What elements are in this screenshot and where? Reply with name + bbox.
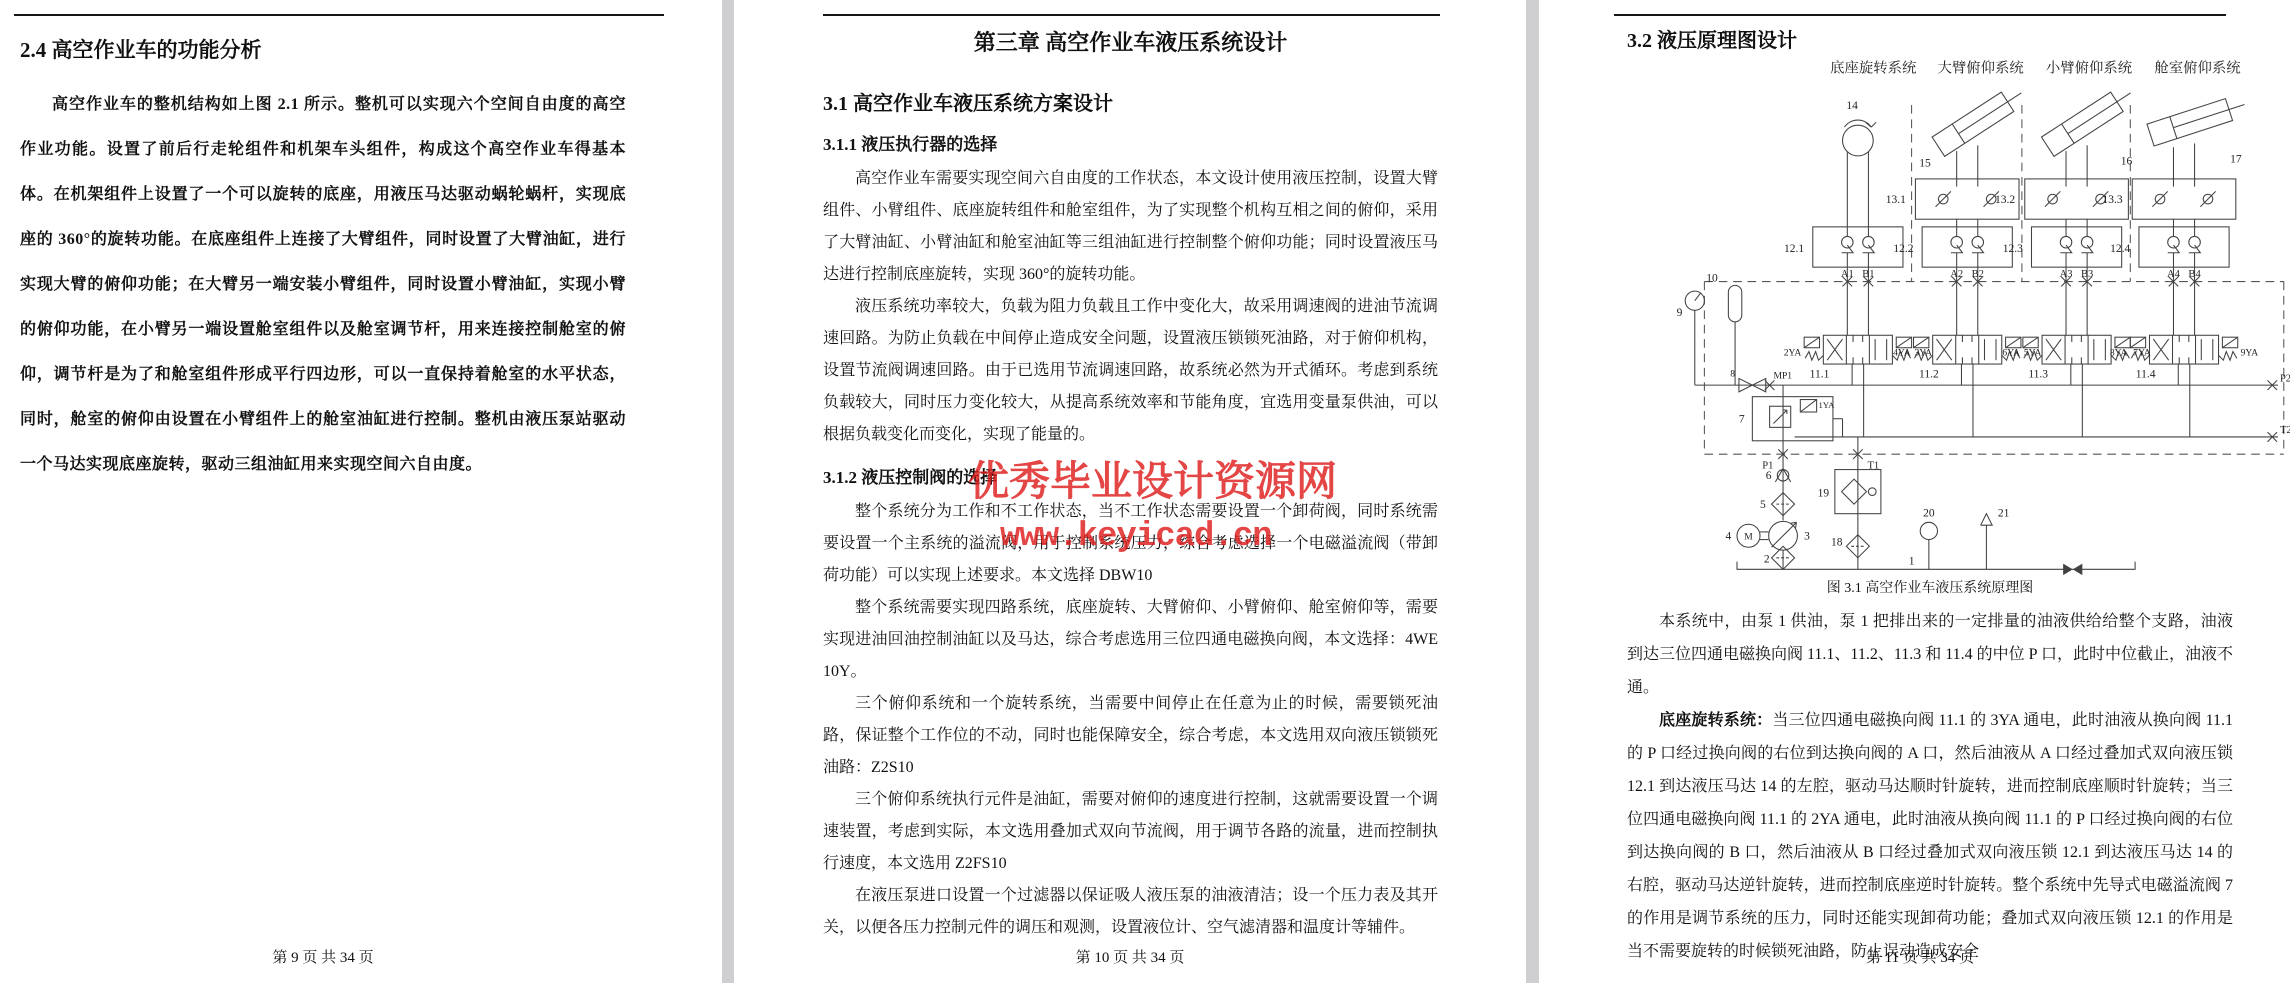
paragraph: 高空作业车的整机结构如上图 2.1 所示。整机可以实现六个空间自由度的高空作业功… — [20, 82, 626, 487]
page-footer: 第 11 页 共 34 页 — [1614, 946, 2226, 967]
diagram-label: 16 — [2121, 156, 2133, 168]
paragraph: 整个系统需要实现四路系统，底座旋转、大臂俯仰、小臂俯仰、舱室俯仰等，需要实现进油… — [823, 592, 1438, 688]
diagram-label: 11.3 — [2028, 368, 2048, 380]
pressure-gauge — [1685, 291, 1704, 385]
diagram-label: A3 — [2060, 269, 2073, 280]
diagram-label: 20 — [1923, 508, 1935, 520]
page-10: 第三章 高空作业车液压系统设计 3.1 高空作业车液压系统方案设计 3.1.1 … — [734, 0, 1526, 983]
paragraph: 在液压泵进口设置一个过滤器以保证吸人液压泵的油液清洁；设一个压力表及其开关，以便… — [823, 880, 1438, 944]
diagram-label: 3YA — [1914, 347, 1932, 358]
diagram-label: 6YA — [2002, 347, 2020, 358]
page-9: 2.4 高空作业车的功能分析 高空作业车的整机结构如上图 2.1 所示。整机可以… — [0, 0, 722, 983]
valve-row — [1804, 267, 2238, 437]
diagram-label: 10 — [1706, 273, 1718, 285]
hydraulic-lock-12-1 — [1813, 227, 1903, 267]
paragraph: 液压系统功率较大，负载为阻力负载且工作中变化大，故采用调速阀的进油节流调速回路。… — [823, 291, 1438, 451]
hydraulic-lock-12-2 — [1922, 227, 2012, 267]
hydraulic-schematic: 底座旋转系统大臂俯仰系统小臂俯仰系统舱室俯仰系统1415161713.113.2… — [1597, 59, 2290, 577]
diagram-label: 11.2 — [1919, 368, 1939, 380]
return-filter-group — [1835, 437, 1881, 569]
diagram-label: A2 — [1950, 269, 1963, 280]
diagram-label: 1 — [1909, 556, 1915, 568]
section-heading-3-1: 3.1 高空作业车液压系统方案设计 — [823, 87, 1438, 116]
diagram-label: 13.3 — [2102, 194, 2122, 206]
figure-caption: 图 3.1 高空作业车液压系统原理图 — [1627, 577, 2233, 597]
diagram-label: 7YA — [2133, 347, 2151, 358]
diagram-label: 13.2 — [1995, 194, 2015, 206]
diagram-label: 8 — [1730, 369, 1735, 380]
diagram-label: 2 — [1764, 554, 1770, 566]
hydraulic-lock-12-4 — [2139, 227, 2229, 267]
diagram-label: T1 — [1867, 461, 1879, 472]
diagram-label: A1 — [1841, 269, 1854, 280]
paragraph: 整个系统分为工作和不工作状态，当不工作状态需要设置一个卸荷阀，同时系统需要设置一… — [823, 496, 1438, 592]
diagram-label: T2 — [2280, 425, 2290, 436]
diagram-label: B3 — [2081, 269, 2093, 280]
diagram-label: 11.4 — [2136, 368, 2156, 380]
diagram-label: P2 — [2280, 373, 2290, 384]
chapter-title: 第三章 高空作业车液压系统设计 — [823, 26, 1438, 57]
section-heading-3-2: 3.2 液压原理图设计 — [1627, 24, 2233, 53]
diagram-label: M — [1744, 532, 1753, 543]
diagram-label: 3 — [1804, 531, 1810, 543]
diagram-label: 7 — [1739, 414, 1745, 426]
hydraulic-lock-12-3 — [2031, 227, 2121, 267]
diagram-label: 12.4 — [2110, 243, 2130, 255]
diagram-label: 5YA — [2024, 347, 2042, 358]
diagram-label: 4 — [1725, 531, 1731, 543]
diagram-label: B2 — [1972, 269, 1984, 280]
paragraph: 三个俯仰系统和一个旋转系统，当需要中间停止在任意为止的时候，需要锁死油路，保证整… — [823, 688, 1438, 784]
diagram-label: B4 — [2188, 269, 2201, 280]
paragraph: 三个俯仰系统执行元件是油缸，需要对俯仰的速度进行控制，这就需要设置一个调速装置，… — [823, 784, 1438, 880]
base-rotation-branch — [1843, 120, 1877, 227]
page-footer: 第 10 页 共 34 页 — [823, 946, 1437, 967]
diagram-label: 6 — [1766, 470, 1772, 482]
diagram-label: 15 — [1919, 157, 1931, 169]
diagram-label: 4YA — [1893, 347, 1911, 358]
diagram-label: 12.2 — [1893, 243, 1913, 255]
section-heading-3-1-1: 3.1.1 液压执行器的选择 — [823, 130, 1438, 155]
diagram-label: MP1 — [1773, 370, 1792, 381]
diagram-label: 21 — [1998, 508, 2010, 520]
diagram-label: 12.1 — [1784, 243, 1804, 255]
diagram-label: 14 — [1846, 100, 1858, 112]
diagram-label: B1 — [1862, 269, 1874, 280]
paragraph-lead: 底座旋转系统： — [1659, 712, 1772, 729]
diagram-label: 8YA — [2110, 347, 2128, 358]
diagram-label: 5 — [1760, 499, 1766, 511]
document-viewer: 2.4 高空作业车的功能分析 高空作业车的整机结构如上图 2.1 所示。整机可以… — [0, 0, 2290, 983]
diagram-label: 17 — [2230, 154, 2242, 166]
paragraph: 底座旋转系统：当三位四通电磁换向阀 11.1 的 3YA 通电，此时油液从换向阀… — [1627, 704, 2233, 968]
diagram-label: 18 — [1831, 536, 1843, 548]
diagram-label: 大臂俯仰系统 — [1938, 59, 2025, 76]
diagram-label: 19 — [1818, 487, 1830, 499]
diagram-label: 13.1 — [1886, 194, 1906, 206]
section-heading-3-1-2: 3.1.2 液压控制阀的选择 — [823, 463, 1438, 488]
paragraph: 高空作业车需要实现空间六自由度的工作状态，本文设计使用液压控制，设置大臂组件、小… — [823, 163, 1438, 291]
diagram-label: 9 — [1677, 307, 1683, 319]
diagram-label: 12.3 — [2003, 243, 2023, 255]
page-footer: 第 9 页 共 34 页 — [20, 946, 626, 967]
diagram-label: A4 — [2167, 269, 2181, 280]
diagram-label: 舱室俯仰系统 — [2154, 59, 2241, 76]
diagram-label: 底座旋转系统 — [1830, 59, 1917, 76]
page-11: 3.2 液压原理图设计 — [1539, 0, 2290, 983]
relief-valve-7 — [1752, 385, 1842, 454]
paragraph: 本系统中，由泵 1 供油，泵 1 把排出来的一定排量的油液供给给整个支路，油液到… — [1627, 605, 2233, 704]
diagram-label: 11.1 — [1810, 368, 1830, 380]
section-heading-2-4: 2.4 高空作业车的功能分析 — [20, 34, 626, 64]
diagram-label: 小臂俯仰系统 — [2046, 59, 2133, 76]
diagram-label: 2YA — [1784, 347, 1802, 358]
diagram-label: 9YA — [2241, 347, 2259, 358]
diagram-label: 1YA — [1819, 400, 1836, 410]
